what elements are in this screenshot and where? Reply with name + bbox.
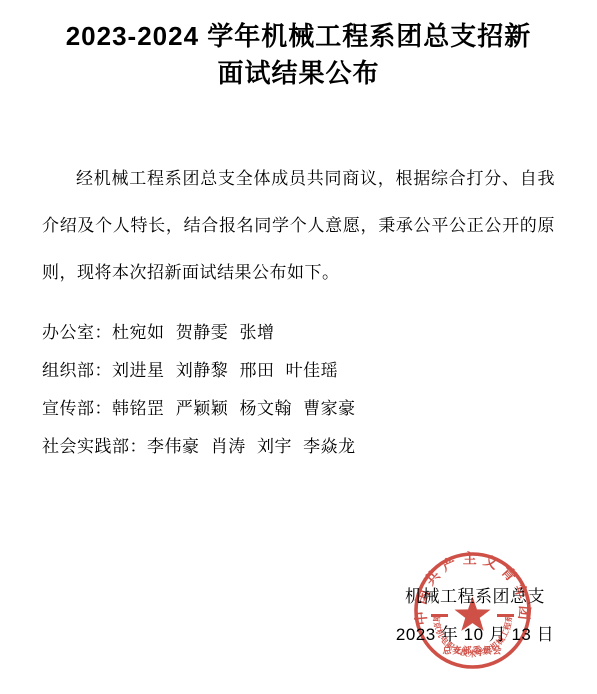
department-row: 宣传部：韩铭罡 严颖颖 杨文翰 曹家豪: [42, 390, 555, 428]
department-row: 社会实践部：李伟豪 肖涛 刘宇 李焱龙: [42, 428, 555, 466]
department-row: 办公室：杜宛如 贺静雯 张增: [42, 314, 555, 352]
document-page: 2023-2024 学年机械工程系团总支招新 面试结果公布 经机械工程系团总支全…: [0, 0, 597, 694]
document-title: 2023-2024 学年机械工程系团总支招新 面试结果公布: [0, 18, 597, 92]
department-label: 宣传部：: [42, 399, 112, 418]
title-line-1: 2023-2024 学年机械工程系团总支招新: [0, 18, 597, 55]
body-paragraph: 经机械工程系团总支全体成员共同商议，根据综合打分、自我介绍及个人特长，结合报名同…: [42, 155, 555, 296]
department-names: 李伟豪 肖涛 刘宇 李焱龙: [147, 437, 356, 456]
signature-line: 机械工程系团总支: [395, 578, 555, 616]
department-row: 组织部：刘进星 刘静黎 邢田 叶佳瑶: [42, 352, 555, 390]
title-line-2: 面试结果公布: [0, 55, 597, 92]
department-label: 办公室：: [42, 323, 112, 342]
signature-block: 机械工程系团总支 2023 年 10 月 13 日: [395, 578, 555, 654]
department-names: 韩铭罡 严颖颖 杨文翰 曹家豪: [112, 399, 356, 418]
department-list: 办公室：杜宛如 贺静雯 张增组织部：刘进星 刘静黎 邢田 叶佳瑶宣传部：韩铭罡 …: [42, 314, 555, 466]
department-names: 刘进星 刘静黎 邢田 叶佳瑶: [112, 361, 338, 380]
date-line: 2023 年 10 月 13 日: [395, 616, 555, 654]
department-label: 社会实践部：: [42, 437, 147, 456]
department-label: 组织部：: [42, 361, 112, 380]
department-names: 杜宛如 贺静雯 张增: [112, 323, 274, 342]
